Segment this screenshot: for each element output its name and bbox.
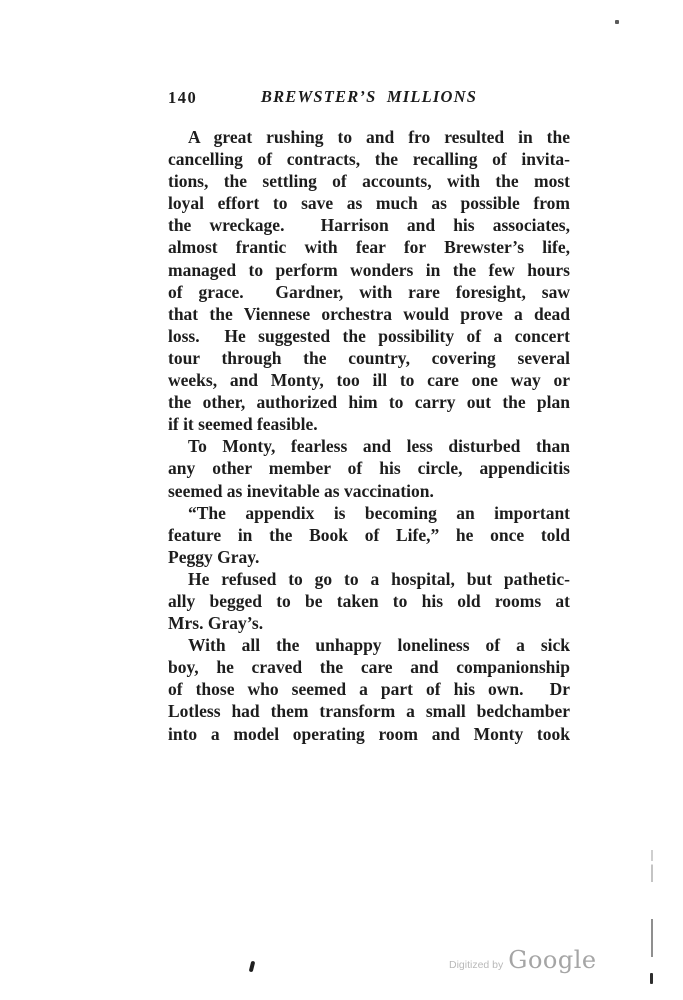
text-line: the wreckage. Harrison and his associate… (168, 214, 570, 236)
scanned-book-page: 140 BREWSTER’S MILLIONS A great rushing … (0, 0, 683, 1000)
text-line: With all the unhappy loneliness of a sic… (168, 634, 570, 656)
text-line: almost frantic with fear for Brewster’s … (168, 236, 570, 258)
text-line: weeks, and Monty, too ill to care one wa… (168, 369, 570, 391)
text-line: if it seemed feasible. (168, 413, 570, 435)
text-line: ally begged to be taken to his old rooms… (168, 590, 570, 612)
text-line: boy, he craved the care and companionshi… (168, 656, 570, 678)
text-line: He refused to go to a hospital, but path… (168, 568, 570, 590)
text-line: any other member of his circle, appendic… (168, 457, 570, 479)
text-line: Mrs. Gray’s. (168, 612, 570, 634)
text-line: To Monty, fearless and less disturbed th… (168, 435, 570, 457)
watermark-prefix: Digitized by (449, 959, 503, 971)
running-title: BREWSTER’S MILLIONS (168, 87, 570, 107)
scan-artifact-line (651, 919, 653, 957)
text-line: tions, the settling of accounts, with th… (168, 170, 570, 192)
text-line: feature in the Book of Life,” he once to… (168, 524, 570, 546)
text-line: of those who seemed a part of his own. D… (168, 678, 570, 700)
text-line: Peggy Gray. (168, 546, 570, 568)
text-line: A great rushing to and fro resulted in t… (168, 126, 570, 148)
google-logo: Google (508, 946, 596, 974)
text-line: cancelling of contracts, the recalling o… (168, 148, 570, 170)
scan-artifact-dashed-line (651, 850, 653, 882)
scan-artifact-tick (650, 973, 653, 984)
text-line: managed to perform wonders in the few ho… (168, 259, 570, 281)
text-line: tour through the country, covering sever… (168, 347, 570, 369)
watermark: Digitized by Google (449, 946, 597, 974)
text-line: loyal effort to save as much as possible… (168, 192, 570, 214)
page-number: 140 (168, 88, 197, 108)
text-line: that the Viennese orchestra would prove … (168, 303, 570, 325)
page-header: 140 BREWSTER’S MILLIONS (168, 87, 570, 105)
scan-artifact-speck (615, 20, 619, 24)
text-line: seemed as inevitable as vaccination. (168, 480, 570, 502)
text-line: into a model operating room and Monty to… (168, 723, 570, 745)
scan-artifact-fleck (249, 961, 256, 973)
text-line: of grace. Gardner, with rare foresight, … (168, 281, 570, 303)
body-text: A great rushing to and fro resulted in t… (168, 126, 570, 745)
text-line: the other, authorized him to carry out t… (168, 391, 570, 413)
text-line: loss. He suggested the possibility of a … (168, 325, 570, 347)
text-line: “The appendix is becoming an important (168, 502, 570, 524)
text-line: Lotless had them transform a small bedch… (168, 700, 570, 722)
